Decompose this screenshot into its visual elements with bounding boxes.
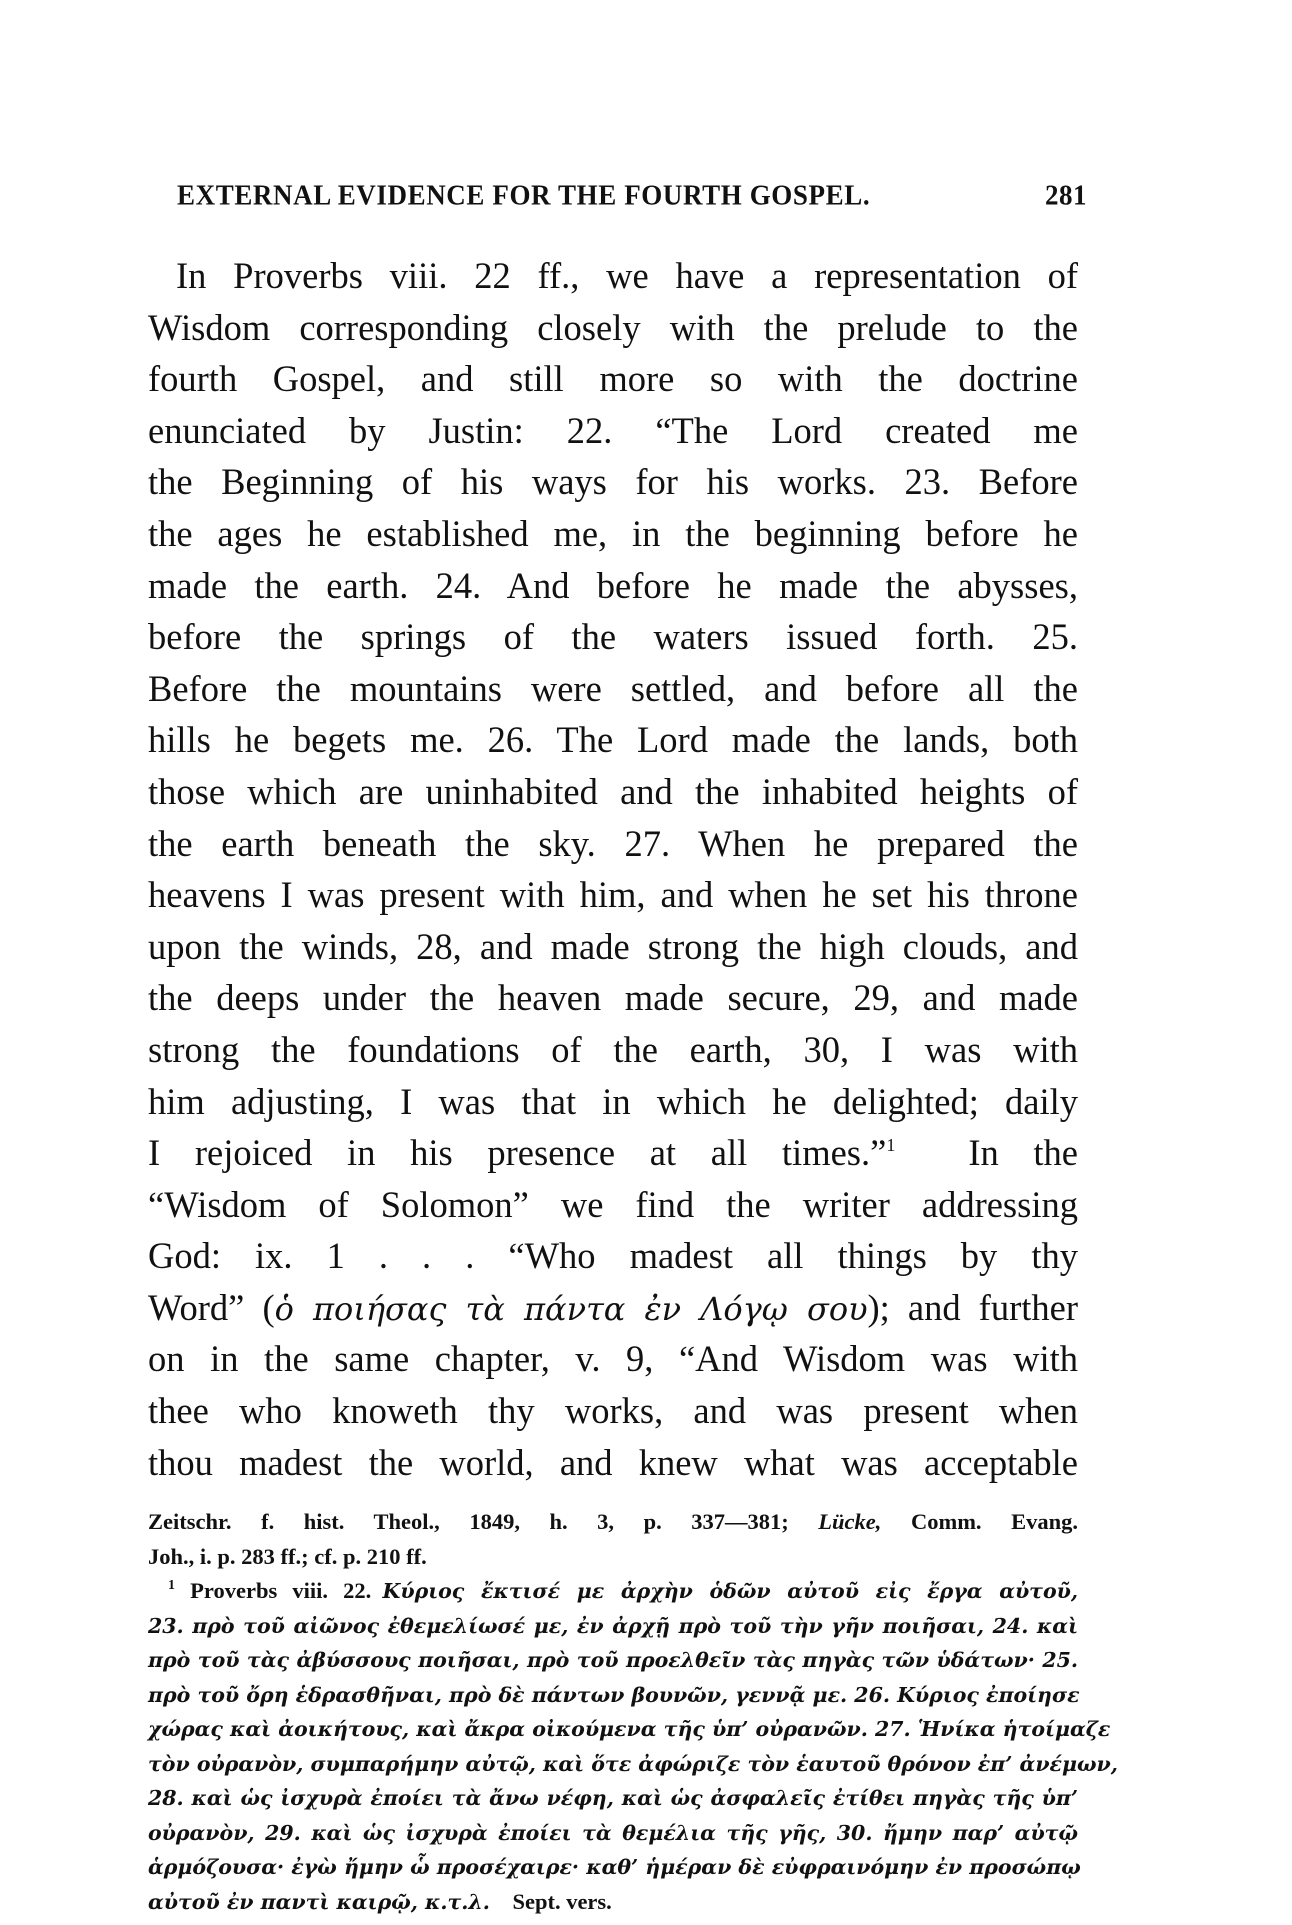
footnote-continuation-line: Joh., i. p. 283 ff.; cf. p. 210 ff.	[148, 1540, 1078, 1575]
footnote-greek-line: τὸν οὐρανὸν, συμπαρήμην αὐτῷ, καὶ ὅτε ἀφ…	[148, 1747, 1078, 1782]
text-line: enunciated by Justin: 22. “The Lord crea…	[148, 405, 1078, 457]
text-line: God: ix. 1 . . . “Who madest all things …	[148, 1230, 1078, 1282]
footnote-greek-line: ἁρμόζουσα· ἐγὼ ἤμην ὧ προσέχαιρε· καθ’ ἡ…	[148, 1850, 1078, 1885]
text-line-with-footnote-ref: I rejoiced in his presence at all times.…	[148, 1127, 1078, 1179]
footnote-greek-line: χώρας καὶ ἀοικήτους, καὶ ἄκρα οἰκούμενα …	[148, 1712, 1078, 1747]
footnote-continuation-line: Zeitschr. f. hist. Theol., 1849, h. 3, p…	[148, 1505, 1078, 1540]
text-line: strong the foundations of the earth, 30,…	[148, 1024, 1078, 1076]
footnote-marker: 1	[168, 1578, 175, 1593]
text-line-with-greek: Word” (ὁ ποιήσας τὰ πάντα ἐν Λόγῳ σου); …	[148, 1282, 1078, 1334]
text-line: heavens I was present with him, and when…	[148, 869, 1078, 921]
footnote-1-line: 1 Proverbs viii. 22. Κύριος ἔκτισέ με ἀρ…	[148, 1574, 1078, 1609]
footnote-greek-line: οὐρανὸν, 29. καὶ ὡς ἰσχυρὰ ἐποίει τὰ θεμ…	[148, 1816, 1078, 1851]
greek-quotation: ὁ ποιήσας τὰ πάντα ἐν Λόγῳ σου	[275, 1290, 868, 1328]
text-line: hills he begets me. 26. The Lord made th…	[148, 714, 1078, 766]
footnote-ref-1[interactable]: 1	[886, 1135, 895, 1155]
text-line: the deeps under the heaven made secure, …	[148, 972, 1078, 1024]
text-line: Before the mountains were settled, and b…	[148, 663, 1078, 715]
page-number: 281	[1045, 179, 1087, 212]
running-header: EXTERNAL EVIDENCE FOR THE FOURTH GOSPEL.…	[177, 179, 1087, 212]
footnote-greek-line: 23. πρὸ τοῦ αἰῶνος ἐθεμελίωσέ με, ἐν ἀρχ…	[148, 1609, 1078, 1644]
footnotes: Zeitschr. f. hist. Theol., 1849, h. 3, p…	[148, 1505, 1078, 1919]
text-line: thou madest the world, and knew what was…	[148, 1437, 1078, 1489]
text-line: those which are uninhabited and the inha…	[148, 766, 1078, 818]
text-line: the ages he established me, in the begin…	[148, 508, 1078, 560]
main-text: In Proverbs viii. 22 ff., we have a repr…	[148, 250, 1078, 1488]
text-line: the Beginning of his ways for his works.…	[148, 456, 1078, 508]
text-line: thee who knoweth thy works, and was pres…	[148, 1385, 1078, 1437]
text-line: fourth Gospel, and still more so with th…	[148, 353, 1078, 405]
text-line: him adjusting, I was that in which he de…	[148, 1076, 1078, 1128]
footnote-greek-line: 28. καὶ ὡς ἰσχυρὰ ἐποίει τὰ ἄνω νέφη, κα…	[148, 1781, 1078, 1816]
text-line: made the earth. 24. And before he made t…	[148, 560, 1078, 612]
footnote-greek-line: πρὸ τοῦ τὰς ἀβύσσους ποιῆσαι, πρὸ τοῦ πρ…	[148, 1643, 1078, 1678]
text-line: on in the same chapter, v. 9, “And Wisdo…	[148, 1333, 1078, 1385]
running-title: EXTERNAL EVIDENCE FOR THE FOURTH GOSPEL.	[177, 179, 870, 212]
text-line: Wisdom corresponding closely with the pr…	[148, 302, 1078, 354]
source-note: Sept. vers.	[512, 1889, 611, 1914]
text-line: before the springs of the waters issued …	[148, 611, 1078, 663]
author-name: Lücke,	[818, 1509, 881, 1534]
text-line: “Wisdom of Solomon” we find the writer a…	[148, 1179, 1078, 1231]
footnote-greek-line: πρὸ τοῦ ὄρη ἑδρασθῆναι, πρὸ δὲ πάντων βο…	[148, 1678, 1078, 1713]
text-line: upon the winds, 28, and made strong the …	[148, 921, 1078, 973]
text-line: the earth beneath the sky. 27. When he p…	[148, 818, 1078, 870]
text-line: In Proverbs viii. 22 ff., we have a repr…	[148, 250, 1078, 302]
footnote-final-line: αὐτοῦ ἐν παντὶ καιρῷ, κ.τ.λ. Sept. vers.	[148, 1885, 1078, 1920]
book-page: EXTERNAL EVIDENCE FOR THE FOURTH GOSPEL.…	[0, 0, 1292, 1925]
